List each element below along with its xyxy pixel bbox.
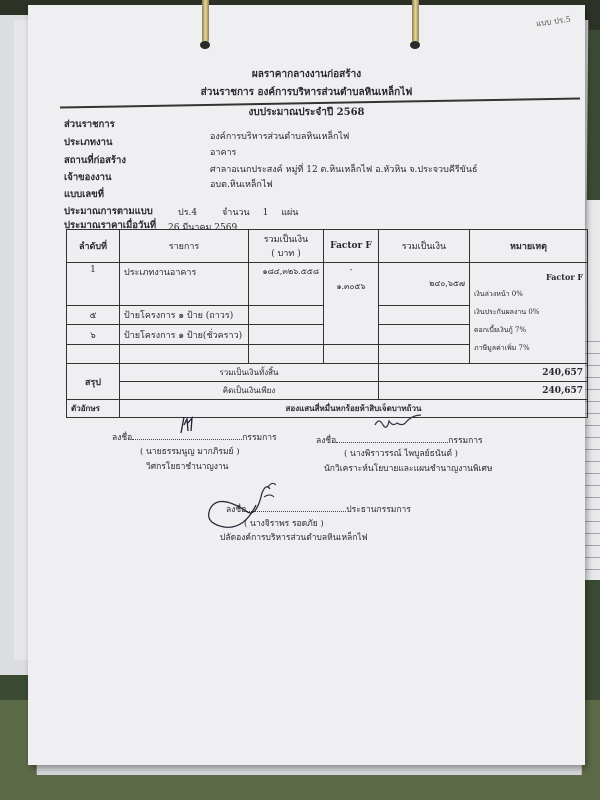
summary-total-label: รวมเป็นเงินทั้งสิ้น	[120, 364, 379, 382]
info-value: ศาลาอเนกประสงค์ หมู่ที่ 12 ต.หินเหล็กไฟ …	[210, 162, 477, 176]
estimate-form-label: ประมาณการตามแบบ	[64, 204, 153, 219]
factor-dash: -	[328, 265, 374, 274]
signer-position-2: นักวิเคราะห์นโยบายและแผนชำนาญงานพิเศษ	[324, 461, 492, 475]
remarks-cell: Factor F เงินล่วงหน้า 0% เงินประกันผลงาน…	[470, 263, 588, 364]
agency-line: ส่วนราชการ องค์การบริหารส่วนตำบลหินเหล็ก…	[28, 85, 585, 100]
form-reference: แบบ ปร.5	[535, 13, 571, 31]
row-total: ๒๔๐,๖๕๗	[379, 263, 470, 306]
header-amount-unit: ( บาท )	[253, 246, 319, 260]
table-header-row: ลำดับที่ รายการ รวมเป็นเงิน ( บาท ) Fact…	[67, 230, 588, 263]
remark-line: ภาษีมูลค่าเพิ่ม 7%	[474, 343, 583, 354]
table-row: 1 ประเภทงานอาคาร ๑๘๔,๓๒๖.๕๕๘ - ๑.๓๐๕๖ ๒๔…	[67, 263, 588, 306]
info-label: เจ้าของงาน	[64, 170, 111, 185]
row-item: ประเภทงานอาคาร	[120, 263, 249, 306]
row-amount	[249, 305, 324, 325]
row-total	[379, 325, 470, 345]
count-value: 1	[263, 208, 269, 218]
info-value: อบต.หินเหล็กไฟ	[210, 177, 273, 191]
sign-role: กรรมการ	[242, 433, 276, 443]
sign-role: ประธานกรรมการ	[346, 505, 411, 515]
form-code: ปร.4	[178, 208, 197, 218]
remark-line: เงินประกันผลงาน 0%	[474, 307, 583, 318]
header-amount: รวมเป็นเงิน ( บาท )	[249, 230, 324, 263]
signature-mark-2	[373, 413, 423, 433]
signer-name-2: ( นางพิราวรรณ์ ไพบูลย์ธนันต์ )	[344, 446, 458, 460]
signature-line-2: ลงชื่อกรรมการ	[316, 433, 483, 447]
info-label: แบบเลขที่	[64, 187, 104, 202]
count-label: จำนวน	[222, 208, 250, 218]
header-remarks: หมายเหตุ	[470, 230, 588, 263]
row-amount: ๑๘๔,๓๒๖.๕๕๘	[249, 263, 324, 306]
estimate-form-value: ปร.4 จำนวน 1 แผ่น	[178, 205, 298, 219]
summary-label: สรุป	[67, 364, 120, 400]
summary-total-value: 240,657	[379, 364, 588, 382]
punch-hole-left	[200, 41, 210, 49]
document-page: แบบ ปร.5 ผลราคากลางงานก่อสร้าง ส่วนราชกา…	[28, 5, 585, 765]
sign-prefix: ลงชื่อ	[316, 436, 336, 446]
summary-rounded-row: คิดเป็นเงินเพียง 240,657	[67, 382, 588, 400]
signature-mark-1	[178, 415, 198, 437]
factor-value: ๑.๓๐๕๖	[328, 280, 374, 293]
row-seq: 1	[67, 263, 120, 306]
count-unit: แผ่น	[281, 208, 298, 218]
row-item: ป้ายโครงการ ๑ ป้าย (ถาวร)	[120, 305, 249, 325]
document-title: ผลราคากลางงานก่อสร้าง	[28, 67, 585, 82]
signer-name-3: ( นางจิราพร รอดภัย )	[244, 516, 324, 530]
summary-rounded-value: 240,657	[379, 382, 588, 400]
info-label: ส่วนราชการ	[64, 117, 115, 132]
signer-name-1: ( นายธรรมนูญ มากภิรมย์ )	[140, 444, 240, 458]
row-item: ป้ายโครงการ ๑ ป้าย(ชั่วคราว)	[120, 325, 249, 345]
header-total: รวมเป็นเงิน	[379, 230, 470, 263]
header-amount-label: รวมเป็นเงิน	[253, 232, 319, 246]
row-amount	[249, 325, 324, 345]
remark-line: เงินล่วงหน้า 0%	[474, 289, 583, 300]
row-total	[379, 305, 470, 325]
info-value: อาคาร	[210, 145, 236, 159]
summary-total-row: สรุป รวมเป็นเงินทั้งสิ้น 240,657	[67, 364, 588, 382]
binder-ring-right	[412, 0, 419, 43]
remark-line: ดอกเบี้ยเงินกู้ 7%	[474, 325, 583, 336]
info-label: ประเภทงาน	[64, 135, 112, 150]
punch-hole-right	[410, 41, 420, 49]
sign-prefix: ลงชื่อ	[112, 433, 132, 443]
signer-position-3: ปลัดองค์การบริหารส่วนตำบลหินเหล็กไฟ	[220, 530, 368, 544]
header-item: รายการ	[120, 230, 249, 263]
remarks-title: Factor F	[474, 272, 583, 282]
sign-role: กรรมการ	[448, 436, 482, 446]
in-words-label: ตัวอักษร	[67, 400, 120, 418]
summary-rounded-label: คิดเป็นเงินเพียง	[120, 382, 379, 400]
binder-ring-left	[202, 0, 209, 43]
price-table: ลำดับที่ รายการ รวมเป็นเงิน ( บาท ) Fact…	[66, 229, 588, 418]
info-value: องค์การบริหารส่วนตำบลหินเหล็กไฟ	[210, 129, 349, 143]
header-seq: ลำดับที่	[67, 230, 120, 263]
row-seq: ๖	[67, 325, 120, 345]
header-factor: Factor F	[324, 230, 379, 263]
amount-in-words-row: ตัวอักษร สองแสนสี่หมื่นหกร้อยห้าสิบเจ็ดบ…	[67, 400, 588, 418]
signer-position-1: วิศกรโยธาชำนาญงาน	[146, 459, 229, 473]
info-label: สถานที่ก่อสร้าง	[64, 153, 126, 168]
row-seq: ๕	[67, 305, 120, 325]
row-factor: - ๑.๓๐๕๖	[324, 263, 379, 345]
